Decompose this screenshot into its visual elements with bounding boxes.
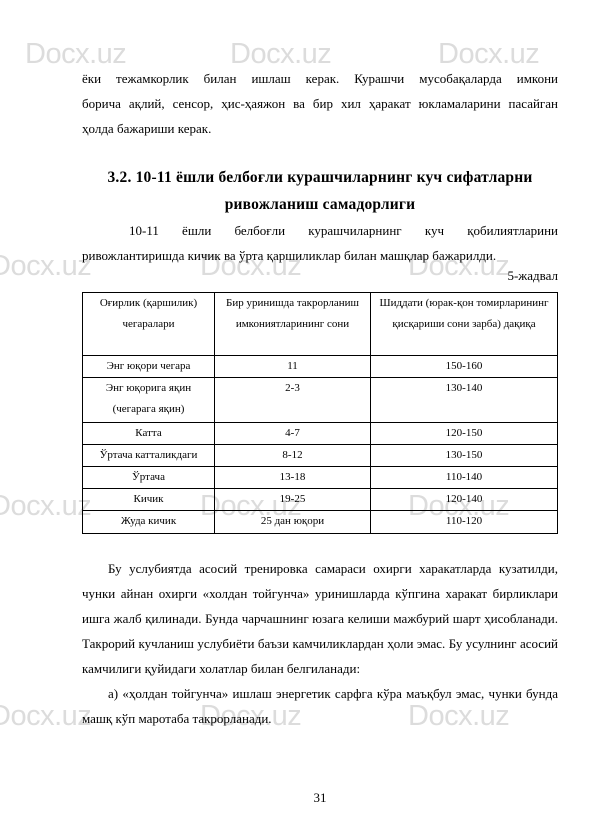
table-cell: Ўртача <box>83 467 215 489</box>
table-cell: 25 дан юқори <box>215 511 371 534</box>
table-header-cell: Бир уринишда такрорланиш имкониятларинин… <box>215 293 371 356</box>
table-cell: 8-12 <box>215 445 371 467</box>
body-paragraph-2: а) «ҳолдан тойгунча» ишлаш энергетик сар… <box>82 681 558 731</box>
table-cell: 120-140 <box>371 489 558 511</box>
table-row: Энг юқорига яқин (чегарага яқин) 2-3 130… <box>83 378 558 423</box>
body-paragraph-1: Бу услубиятда асосий тренировка самараси… <box>82 556 558 681</box>
watermark: Docx.uz <box>0 490 91 523</box>
table-row: Ўртача 13-18 110-140 <box>83 467 558 489</box>
table-header-row: Оғирлик (қаршилик) чегаралари Бир уриниш… <box>83 293 558 356</box>
intro-line-2: борича ақлий, сенсор, ҳис-ҳаяжон ва бир … <box>82 91 558 116</box>
watermark: Docx.uz <box>0 250 91 283</box>
table-cell: 110-140 <box>371 467 558 489</box>
table-header-cell: Шиддати (юрак-қон томирларининг қисқариш… <box>371 293 558 356</box>
table-cell: 150-160 <box>371 356 558 378</box>
intro-line-3: ҳолда бажариши керак. <box>82 116 558 141</box>
section-title-line-1: 3.2. 10-11 ёшли белбоғли курашчиларнинг … <box>82 164 558 191</box>
table-cell: Энг юқори чегара <box>83 356 215 378</box>
table-header-cell: Оғирлик (қаршилик) чегаралари <box>83 293 215 356</box>
table-cell: 11 <box>215 356 371 378</box>
table-row: Катта 4-7 120-150 <box>83 423 558 445</box>
body-text: Бу услубиятда асосий тренировка самараси… <box>82 556 558 731</box>
section-paragraph: 10-11 ёшли белбоғли курашчиларнинг куч қ… <box>82 218 558 268</box>
table-cell: 13-18 <box>215 467 371 489</box>
table-cell: Кичик <box>83 489 215 511</box>
table-cell: Ўртача катталикдаги <box>83 445 215 467</box>
table-row: Кичик 19-25 120-140 <box>83 489 558 511</box>
table-cell: 2-3 <box>215 378 371 423</box>
table-cell: 130-140 <box>371 378 558 423</box>
intro-line-1: ёки тежамкорлик билан ишлаш керак. Кураш… <box>82 66 558 91</box>
watermark: Docx.uz <box>0 700 91 733</box>
table-cell: Энг юқорига яқин (чегарага яқин) <box>83 378 215 423</box>
table-cell: 110-120 <box>371 511 558 534</box>
table-row: Ўртача катталикдаги 8-12 130-150 <box>83 445 558 467</box>
table-cell: Жуда кичик <box>83 511 215 534</box>
section-title-line-2: ривожланиш самадорлиги <box>82 191 558 218</box>
intro-paragraph: ёки тежамкорлик билан ишлаш керак. Кураш… <box>82 66 558 141</box>
table-cell: 130-150 <box>371 445 558 467</box>
table-cell: 120-150 <box>371 423 558 445</box>
table-row: Энг юқори чегара 11 150-160 <box>83 356 558 378</box>
table-cell: 19-25 <box>215 489 371 511</box>
section-para-line-1: 10-11 ёшли белбоғли курашчиларнинг куч қ… <box>82 218 558 243</box>
section-para-line-2: ривожлантиришда кичик ва ўрта қаршиликла… <box>82 243 558 268</box>
table-cell: 4-7 <box>215 423 371 445</box>
table-caption: 5-жадвал <box>507 266 558 286</box>
table-row: Жуда кичик 25 дан юқори 110-120 <box>83 511 558 534</box>
page-number: 31 <box>82 790 558 806</box>
table-cell: Катта <box>83 423 215 445</box>
data-table: Оғирлик (қаршилик) чегаралари Бир уриниш… <box>82 292 558 534</box>
